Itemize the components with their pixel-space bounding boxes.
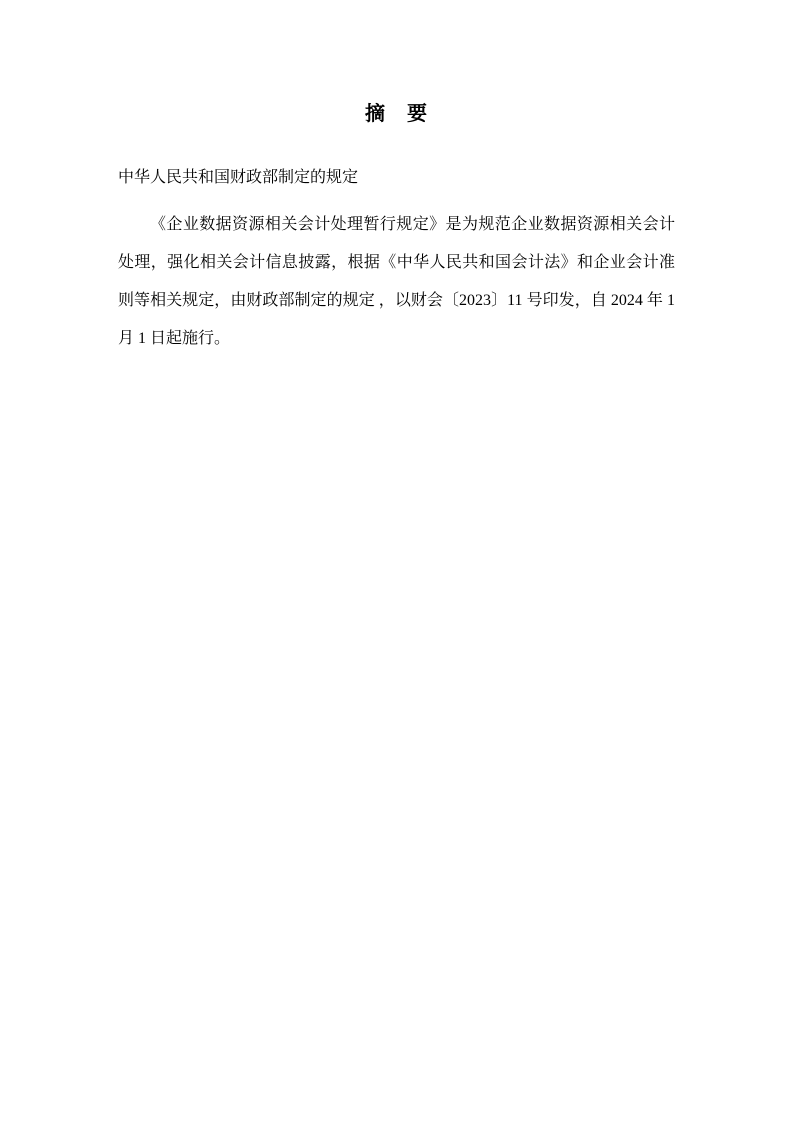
document-page: 摘 要 中华人民共和国财政部制定的规定 《企业数据资源相关会计处理暂行规定》是为… [0, 0, 793, 1122]
document-title: 摘 要 [118, 103, 675, 125]
paragraph-summary: 《企业数据资源相关会计处理暂行规定》是为规范企业数据资源相关会计处理，强化相关会… [118, 206, 675, 358]
document-body: 中华人民共和国财政部制定的规定 《企业数据资源相关会计处理暂行规定》是为规范企业… [118, 159, 675, 358]
paragraph-issuer: 中华人民共和国财政部制定的规定 [118, 159, 675, 197]
